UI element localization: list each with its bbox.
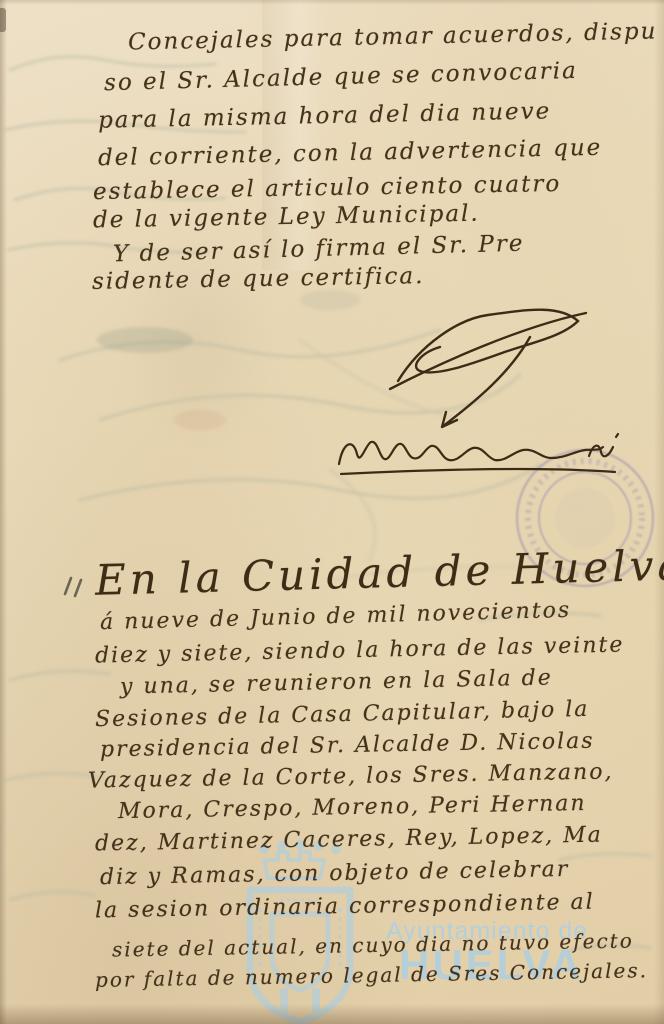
secretario-signature [333, 424, 623, 484]
margin-tick-marks [60, 572, 90, 602]
page-edge-bottom [0, 1004, 664, 1024]
alcalde-signature-flourish [380, 285, 600, 435]
scanned-manuscript-page: { "manuscript": { "paragraph1": [ "Conce… [0, 0, 664, 1024]
